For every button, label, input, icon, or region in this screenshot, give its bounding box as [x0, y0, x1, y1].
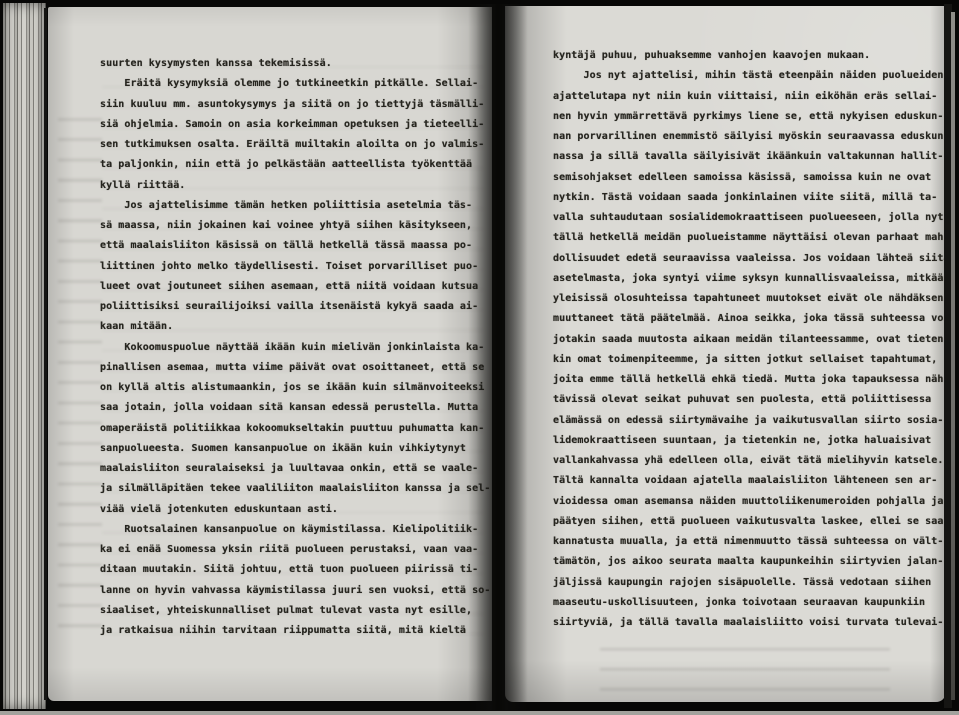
text-line: sanpuolueesta. Suomen kansanpuolue on ik… — [100, 439, 490, 459]
text-line: siä ohjelmia. Samoin on asia korkeimman … — [100, 115, 490, 135]
text-line: elämässä on edessä siirtymävaihe ja vaik… — [553, 411, 950, 431]
page-edge-stack — [3, 3, 46, 709]
text-line: ja silmälläpitäen tekee vaaliliiton maal… — [100, 479, 490, 499]
text-line: kaan mitään. — [100, 317, 490, 337]
text-line: omaperäistä politiikkaa kokoomukseltakin… — [100, 419, 490, 439]
text-line: siirtyviä, ja tällä tavalla maalaisliitt… — [553, 613, 950, 633]
text-line: maalaisliiton seuralaiseksi ja luultavaa… — [100, 459, 490, 479]
text-line: kyntäjä puhuu, puhuaksemme vanhojen kaav… — [553, 46, 950, 66]
table-surface — [0, 711, 959, 715]
text-line: jäljissä kaupungin rajojen sisäpuolelle.… — [553, 573, 950, 593]
text-line: jotakin saada muutosta aikaan meidän til… — [553, 330, 950, 350]
text-line: nytkin. Tästä voidaan saada jonkinlainen… — [553, 188, 950, 208]
book-scan: suurten kysymysten kanssa tekemisissä. E… — [0, 0, 959, 715]
left-page-text: suurten kysymysten kanssa tekemisissä. E… — [100, 54, 490, 641]
text-line: nen hyvin ymmärrettävä pyrkimys liene se… — [553, 107, 950, 127]
text-line: ja ratkaisua niihin tarvitaan riippumatt… — [100, 621, 490, 641]
text-line: maaseutu-uskollisuuteen, jonka toivotaan… — [553, 593, 950, 613]
text-line: lidemokraattiseen suuntaan, ja tietenkin… — [553, 431, 950, 451]
text-line: semisohjakset edelleen samoissa käsissä,… — [553, 168, 950, 188]
text-line: vallankahvassa yhä edelleen olla, eivät … — [553, 451, 950, 471]
text-line: ka ei enää Suomessa yksin riitä puolueen… — [100, 540, 490, 560]
text-line: Eräitä kysymyksiä olemme jo tutkineetkin… — [100, 74, 490, 94]
text-line: dollisuudet edetä seuraavissa vaaleissa.… — [553, 249, 950, 269]
text-line: tämätön, jos aikoo seurata maalta kaupun… — [553, 552, 950, 572]
text-line: pinallisen asemaa, mutta viime päivät ov… — [100, 358, 490, 378]
right-page-text: kyntäjä puhuu, puhuaksemme vanhojen kaav… — [553, 46, 950, 633]
text-line: siaaliset, yhteiskunnalliset pulmat tule… — [100, 601, 490, 621]
spine-shadow-line — [44, 8, 47, 700]
right-page-edge-light — [951, 12, 955, 700]
text-line: päätyen siihen, että puolueen vaikutusva… — [553, 512, 950, 532]
text-line: kannatusta muualla, ja että nimenmuutto … — [553, 532, 950, 552]
text-line: ajattelutapa nyt niin kuin viittaisi, ni… — [553, 87, 950, 107]
text-line: asetelmasta, joka syntyi viime syksyn ku… — [553, 269, 950, 289]
text-line: tällä hetkellä meidän puolueistamme näyt… — [553, 228, 950, 248]
text-line: suurten kysymysten kanssa tekemisissä. — [100, 54, 490, 74]
text-line: sä maassa, niin jokainen kai voinee yhty… — [100, 216, 490, 236]
text-line: joita emme tällä hetkellä ehkä tiedä. Mu… — [553, 370, 950, 390]
text-line: lanne on hyvin vahvassa käymistilassa ju… — [100, 581, 490, 601]
text-line: muuttaneet tätä päätelmää. Ainoa seikka,… — [553, 309, 950, 329]
text-line: tävissä olevat seikat puhuvat sen puoles… — [553, 390, 950, 410]
text-line: siin kuuluu mm. asuntokysymys ja siitä o… — [100, 95, 490, 115]
text-line: Jos nyt ajattelisi, mihin tästä eteenpäi… — [553, 66, 950, 86]
text-line: nassa ja sillä tavalla säilyisivät ikään… — [553, 147, 950, 167]
text-line: on kyllä altis alistumaankin, jos se ikä… — [100, 378, 490, 398]
text-line: yleisissä olosuhteissa tapahtuneet muuto… — [553, 289, 950, 309]
text-line: viää vielä jotenkuten eduskuntaan asti. — [100, 500, 490, 520]
text-line: kyllä riittää. — [100, 176, 490, 196]
text-line: ta paljonkin, niin että jo pelkästään aa… — [100, 155, 490, 175]
text-line: Ruotsalainen kansanpuolue on käymistilas… — [100, 520, 490, 540]
text-line: Kokoomuspuolue näyttää ikään kuin mieliv… — [100, 338, 490, 358]
text-line: saa jotain, jolla voidaan sitä kansan ed… — [100, 398, 490, 418]
text-line: valla suhtaudutaan sosialidemokraattisee… — [553, 208, 950, 228]
text-line: että maalaisliiton käsissä on tällä hetk… — [100, 236, 490, 256]
text-line: sen tutkimuksen osalta. Eräiltä muiltaki… — [100, 135, 490, 155]
text-line: vioidessa oman asemansa näiden muuttolii… — [553, 492, 950, 512]
text-line: poliittisiksi seurailijoiksi vailla itse… — [100, 297, 490, 317]
text-line: liittinen johto melko täydellisesti. Toi… — [100, 257, 490, 277]
text-line: nan porvarillinen enemmistö säilyisi myö… — [553, 127, 950, 147]
text-line: ditaan muutakin. Siitä johtuu, että tuon… — [100, 560, 490, 580]
text-line: lueet ovat joutuneet siihen asemaan, ett… — [100, 277, 490, 297]
text-line: Jos ajattelisimme tämän hetken poliittis… — [100, 196, 490, 216]
text-line: Tältä kannalta voidaan ajatella maalaisl… — [553, 471, 950, 491]
text-line: kin omat toimenpiteemme, ja sitten jotku… — [553, 350, 950, 370]
